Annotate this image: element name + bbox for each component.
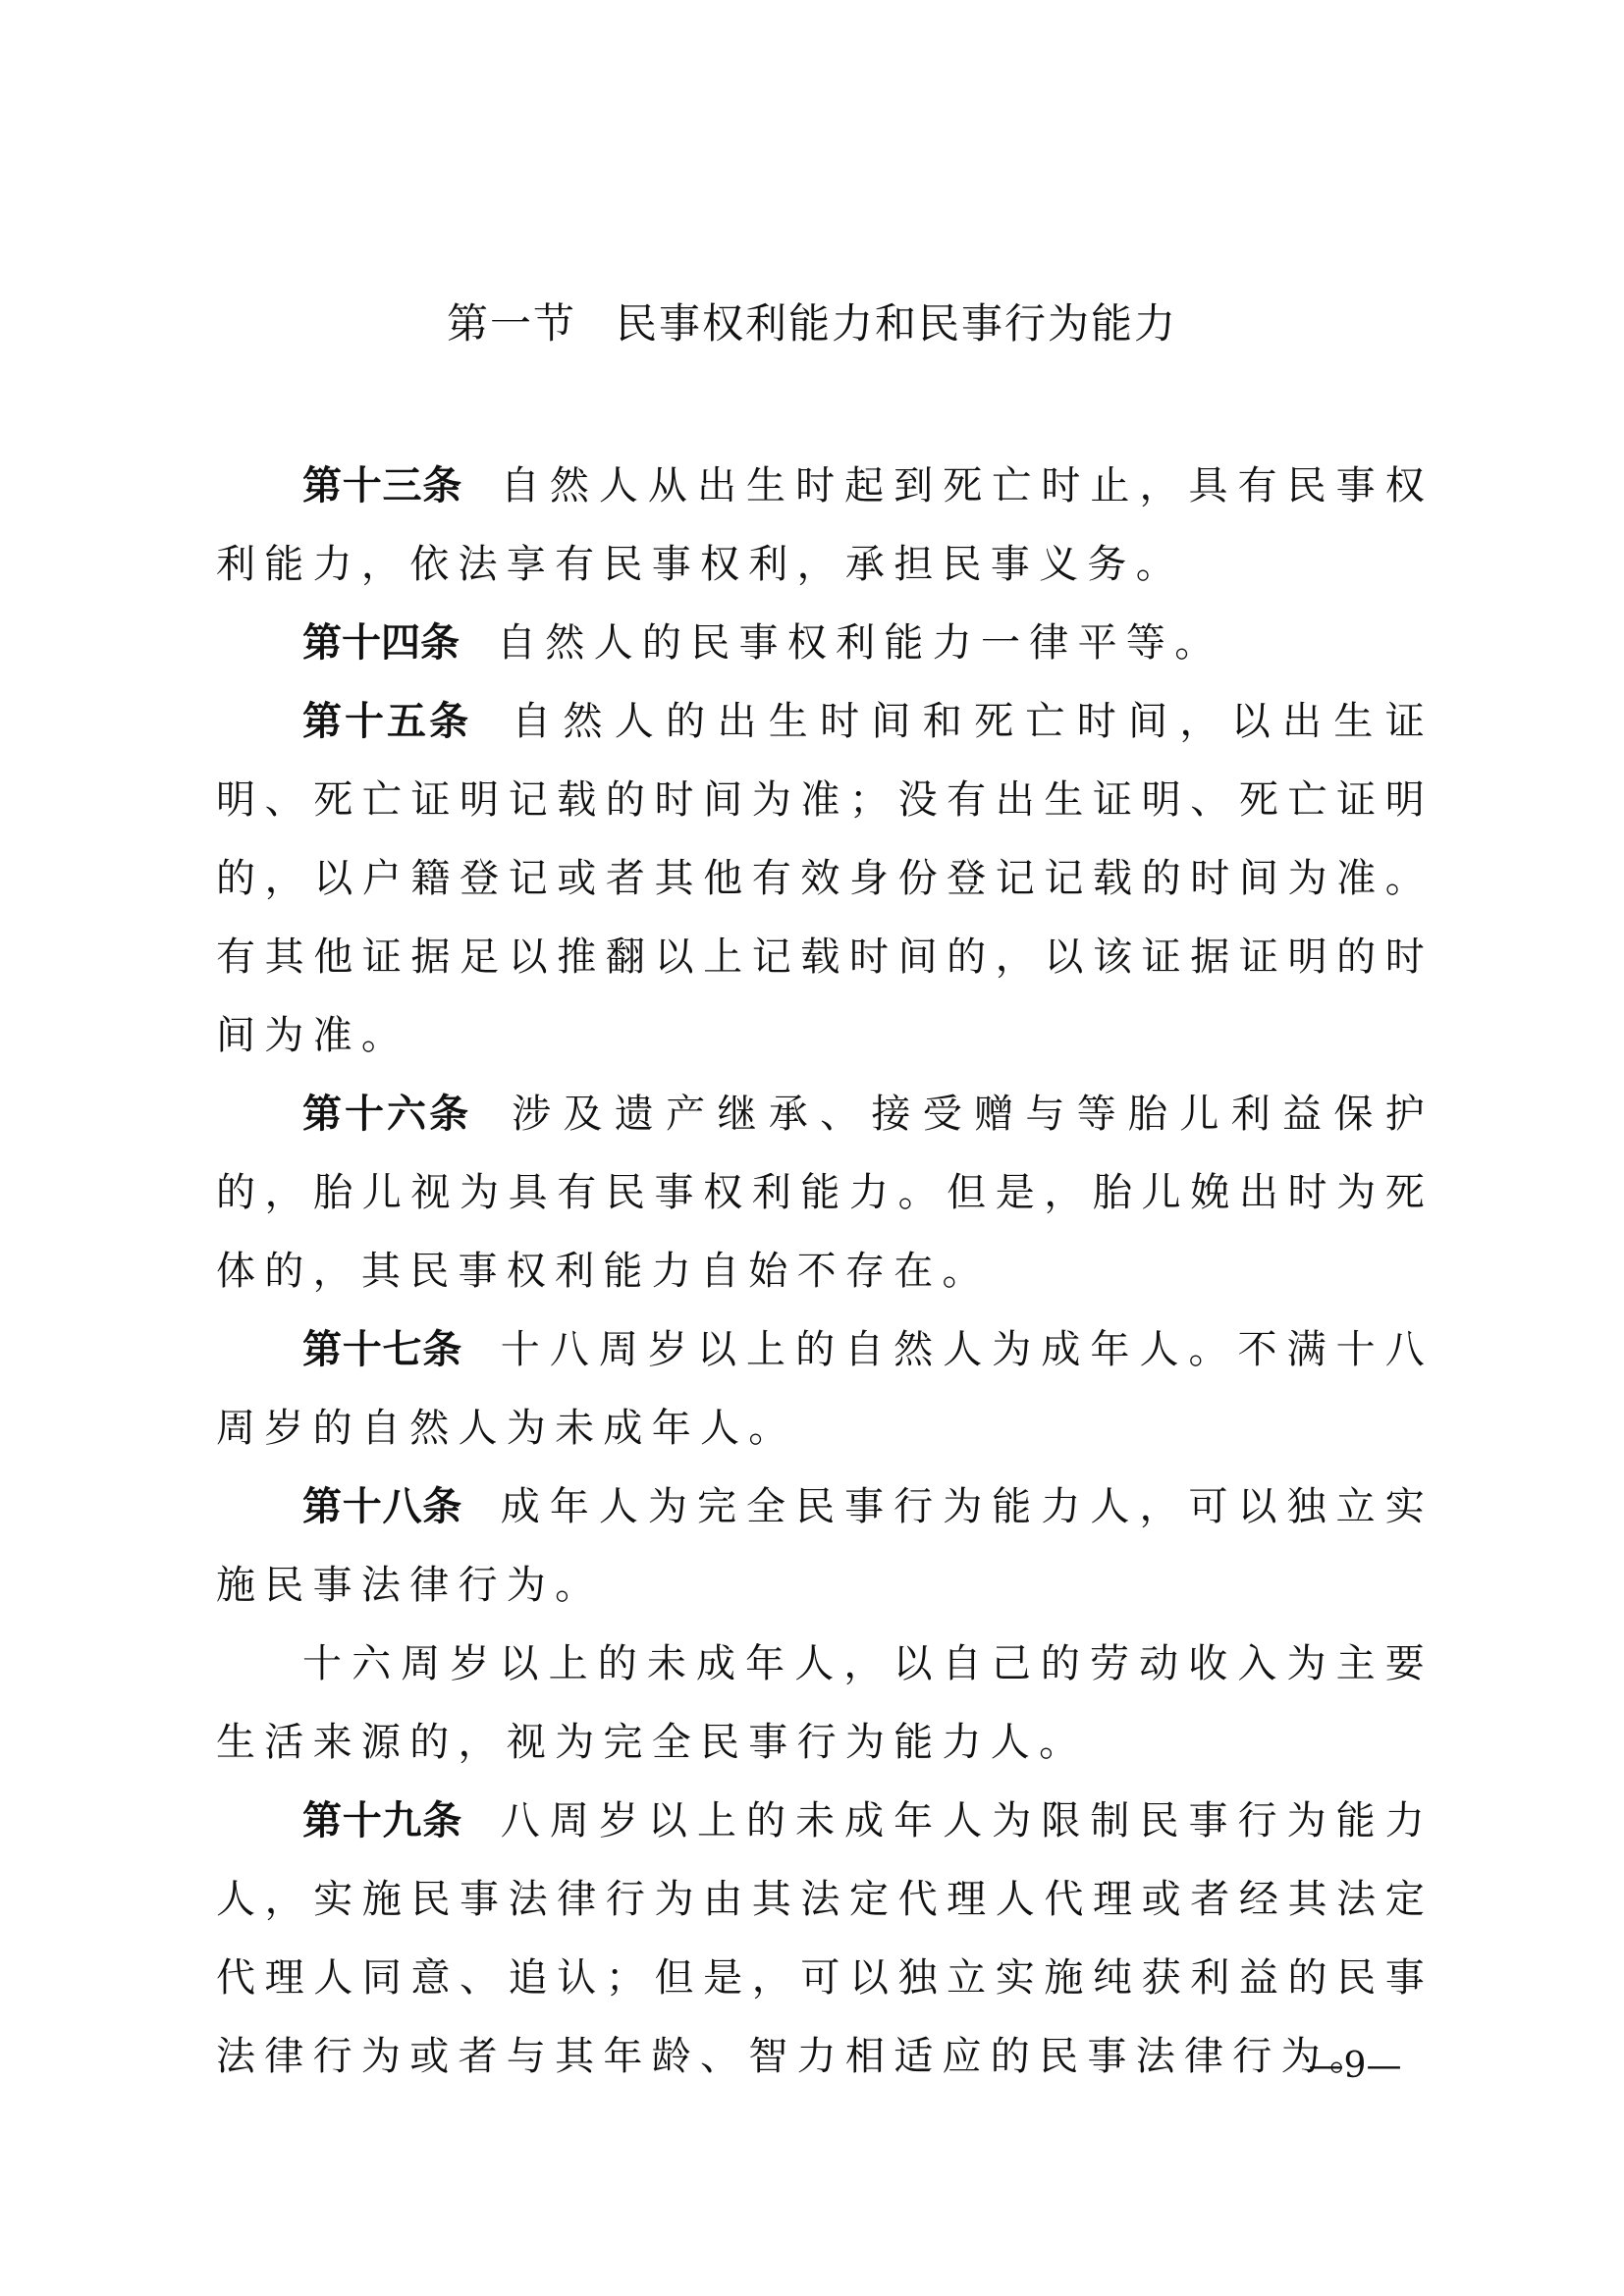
article-text: 自然人的出生时间和死亡时间，以出生证明、死亡证明记载的时间为准；没有出生证明、死…: [216, 699, 1434, 1058]
article-text: 十六周岁以上的未成年人，以自己的劳动收入为主要生活来源的，视为完全民事行为能力人…: [216, 1641, 1434, 1765]
section-number: 第一节: [447, 299, 576, 347]
article-label: 第十四条: [302, 620, 460, 666]
article-label: 第十七条: [302, 1327, 462, 1372]
article-16: 第十六条涉及遗产继承、接受赠与等胎儿利益保护的，胎儿视为具有民事权利能力。但是，…: [216, 1075, 1434, 1310]
article-14: 第十四条自然人的民事权利能力一律平等。: [216, 604, 1434, 682]
document-page: 第一节民事权利能力和民事行为能力 第十三条自然人从出生时起到死亡时止，具有民事权…: [0, 0, 1624, 2296]
section-heading: 民事权利能力和民事行为能力: [616, 299, 1177, 347]
article-text: 自然人的民事权利能力一律平等。: [497, 620, 1223, 666]
article-17: 第十七条十八周岁以上的自然人为成年人。不满十八周岁的自然人为未成年人。: [216, 1310, 1434, 1468]
article-label: 第十五条: [302, 699, 471, 744]
section-title: 第一节民事权利能力和民事行为能力: [0, 294, 1624, 353]
article-label: 第十三条: [302, 463, 462, 508]
document-body: 第十三条自然人从出生时起到死亡时止，具有民事权利能力，依法享有民事权利，承担民事…: [216, 447, 1434, 2096]
article-label: 第十九条: [302, 1798, 462, 1843]
article-15: 第十五条自然人的出生时间和死亡时间，以出生证明、死亡证明记载的时间为准；没有出生…: [216, 682, 1434, 1075]
article-label: 第十八条: [302, 1484, 462, 1529]
article-label: 第十六条: [302, 1092, 471, 1137]
article-18-paragraph-2: 十六周岁以上的未成年人，以自己的劳动收入为主要生活来源的，视为完全民事行为能力人…: [216, 1625, 1434, 1782]
article-19: 第十九条八周岁以上的未成年人为限制民事行为能力人，实施民事法律行为由其法定代理人…: [216, 1782, 1434, 2096]
article-13: 第十三条自然人从出生时起到死亡时止，具有民事权利能力，依法享有民事权利，承担民事…: [216, 447, 1434, 604]
page-number: —9—: [1286, 2042, 1424, 2091]
article-18: 第十八条成年人为完全民事行为能力人，可以独立实施民事法律行为。: [216, 1468, 1434, 1625]
